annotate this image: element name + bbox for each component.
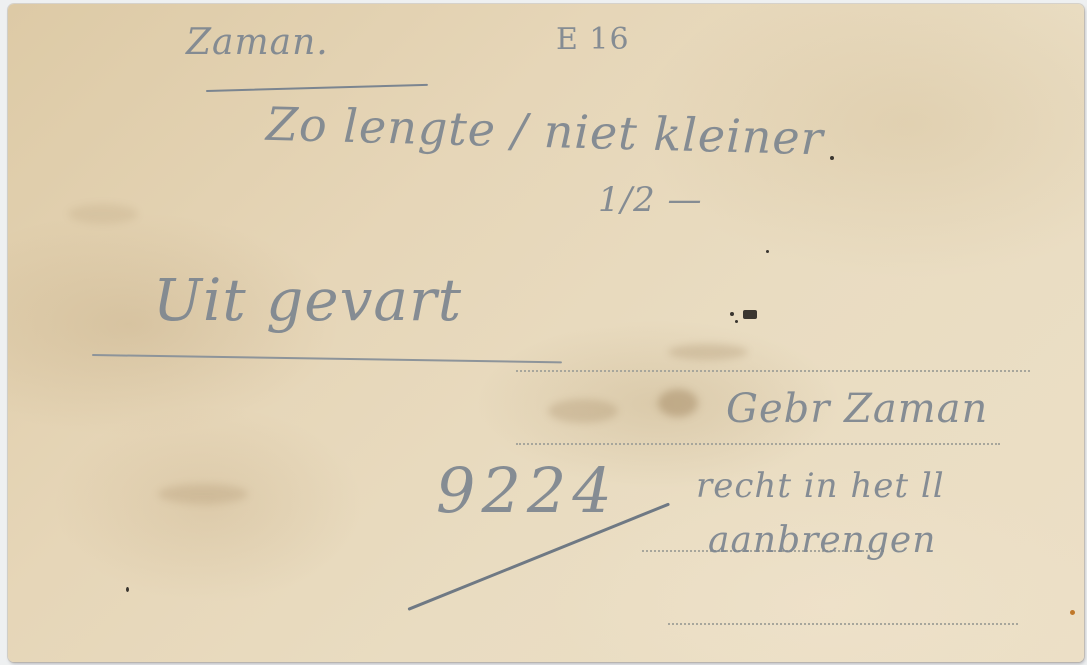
ink-speck xyxy=(730,312,734,316)
address-rule-4 xyxy=(668,623,1018,625)
stain xyxy=(68,204,138,224)
name-underline xyxy=(206,84,428,92)
fraction-mark: 1/2 — xyxy=(598,180,703,220)
ink-speck xyxy=(830,156,834,160)
crop-note-underline xyxy=(92,354,562,363)
ink-speck xyxy=(735,320,738,323)
postcard-back: Zaman. E 16 Zo lengte / niet kleiner 1/2… xyxy=(8,4,1084,662)
address-line-3: aanbrengen xyxy=(708,520,936,561)
ink-speck xyxy=(743,310,757,319)
stain xyxy=(548,399,618,423)
address-name: Gebr Zaman xyxy=(726,386,988,432)
stain xyxy=(668,344,748,360)
ink-speck xyxy=(766,250,769,253)
ink-speck xyxy=(126,587,129,592)
instruction-line: Zo lengte / niet kleiner xyxy=(265,97,824,166)
stain xyxy=(158,484,248,504)
stain xyxy=(658,389,698,417)
address-line-2: recht in het ll xyxy=(696,466,945,506)
address-rule-2 xyxy=(516,443,1000,445)
address-rule-1 xyxy=(516,370,1030,372)
catalog-number: 9224 xyxy=(436,454,618,527)
reference-code: E 16 xyxy=(556,22,630,57)
name-annotation: Zaman. xyxy=(186,22,329,63)
rust-speck xyxy=(1070,610,1075,615)
crop-note: Uit gevart xyxy=(153,266,462,334)
